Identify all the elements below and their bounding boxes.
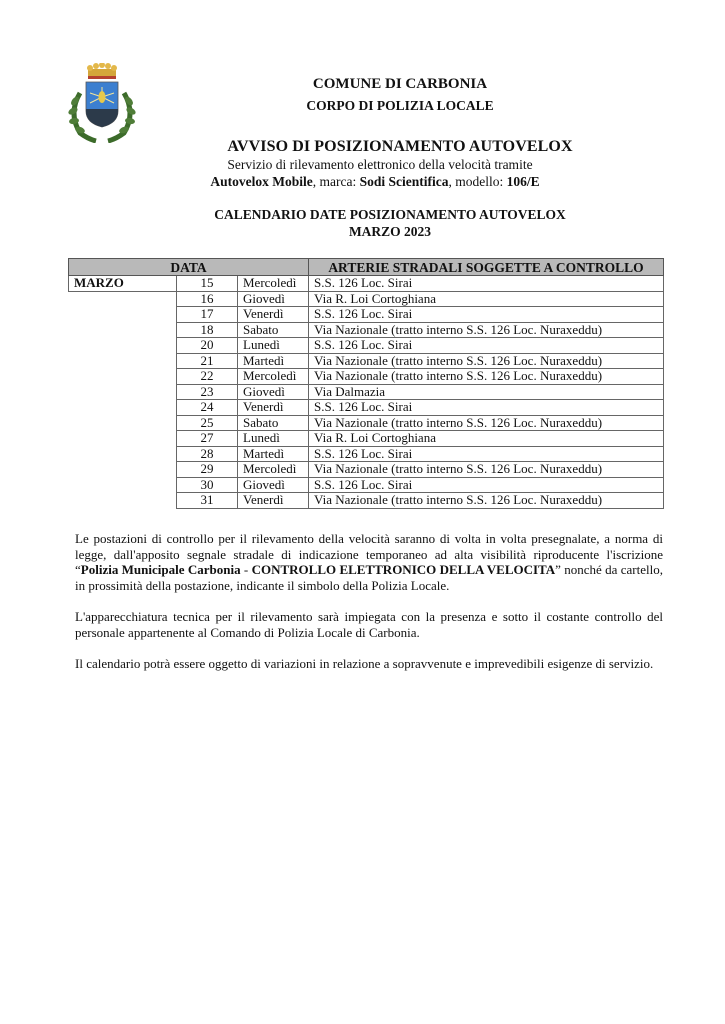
day-cell: 25 [177, 415, 238, 431]
paragraph-variations: Il calendario potrà essere oggetto di va… [75, 656, 663, 672]
road-cell: S.S. 126 Loc. Sirai [309, 338, 664, 354]
weekday-cell: Giovedì [238, 291, 309, 307]
weekday-cell: Sabato [238, 415, 309, 431]
month-cell: MARZO [69, 276, 177, 292]
empty-cell [69, 400, 177, 416]
weekday-cell: Lunedì [238, 431, 309, 447]
calendar-period: MARZO 2023 [180, 224, 600, 240]
empty-cell [69, 493, 177, 509]
day-cell: 30 [177, 477, 238, 493]
column-header-roads: ARTERIE STRADALI SOGGETTE A CONTROLLO [309, 259, 664, 276]
road-cell: Via Nazionale (tratto interno S.S. 126 L… [309, 462, 664, 478]
road-cell: Via Nazionale (tratto interno S.S. 126 L… [309, 369, 664, 385]
table-row: 20LunedìS.S. 126 Loc. Sirai [69, 338, 664, 354]
table-row: 28MartedìS.S. 126 Loc. Sirai [69, 446, 664, 462]
empty-cell [69, 322, 177, 338]
empty-cell [69, 369, 177, 385]
department-name: CORPO DI POLIZIA LOCALE [200, 98, 600, 114]
road-cell: Via Nazionale (tratto interno S.S. 126 L… [309, 415, 664, 431]
weekday-cell: Giovedì [238, 384, 309, 400]
weekday-cell: Mercoledì [238, 369, 309, 385]
weekday-cell: Lunedì [238, 338, 309, 354]
empty-cell [69, 477, 177, 493]
weekday-cell: Mercoledì [238, 462, 309, 478]
day-cell: 20 [177, 338, 238, 354]
calendar-title: CALENDARIO DATE POSIZIONAMENTO AUTOVELOX [180, 207, 600, 223]
empty-cell [69, 431, 177, 447]
day-cell: 17 [177, 307, 238, 323]
table-row: 17VenerdìS.S. 126 Loc. Sirai [69, 307, 664, 323]
road-cell: Via Nazionale (tratto interno S.S. 126 L… [309, 353, 664, 369]
road-cell: S.S. 126 Loc. Sirai [309, 477, 664, 493]
day-cell: 15 [177, 276, 238, 292]
device-description: Autovelox Mobile, marca: Sodi Scientific… [160, 174, 590, 190]
day-cell: 29 [177, 462, 238, 478]
table-row: 23GiovedìVia Dalmazia [69, 384, 664, 400]
day-cell: 31 [177, 493, 238, 509]
table-row: 16GiovedìVia R. Loi Cortoghiana [69, 291, 664, 307]
weekday-cell: Martedì [238, 353, 309, 369]
device-label: Autovelox Mobile [210, 174, 312, 189]
notice-title: AVVISO DI POSIZIONAMENTO AUTOVELOX [190, 138, 610, 156]
municipality-name: COMUNE DI CARBONIA [200, 76, 600, 93]
table-row: 31VenerdìVia Nazionale (tratto interno S… [69, 493, 664, 509]
empty-cell [69, 307, 177, 323]
road-cell: Via Nazionale (tratto interno S.S. 126 L… [309, 493, 664, 509]
day-cell: 27 [177, 431, 238, 447]
road-cell: Via R. Loi Cortoghiana [309, 291, 664, 307]
weekday-cell: Venerdì [238, 493, 309, 509]
table-row: 27LunedìVia R. Loi Cortoghiana [69, 431, 664, 447]
table-row: MARZO15MercoledìS.S. 126 Loc. Sirai [69, 276, 664, 292]
road-cell: Via Nazionale (tratto interno S.S. 126 L… [309, 322, 664, 338]
empty-cell [69, 338, 177, 354]
weekday-cell: Martedì [238, 446, 309, 462]
empty-cell [69, 462, 177, 478]
empty-cell [69, 384, 177, 400]
day-cell: 24 [177, 400, 238, 416]
device-model: 106/E [507, 174, 540, 189]
paragraph-equipment: L'apparecchiatura tecnica per il rilevam… [75, 609, 663, 640]
table-row: 21MartedìVia Nazionale (tratto interno S… [69, 353, 664, 369]
day-cell: 23 [177, 384, 238, 400]
table-row: 24VenerdìS.S. 126 Loc. Sirai [69, 400, 664, 416]
empty-cell [69, 415, 177, 431]
column-header-date: DATA [69, 259, 309, 276]
road-cell: Via R. Loi Cortoghiana [309, 431, 664, 447]
schedule-table: DATA ARTERIE STRADALI SOGGETTE A CONTROL… [68, 258, 664, 509]
table-row: 22MercoledìVia Nazionale (tratto interno… [69, 369, 664, 385]
road-cell: S.S. 126 Loc. Sirai [309, 400, 664, 416]
empty-cell [69, 291, 177, 307]
empty-cell [69, 446, 177, 462]
road-cell: Via Dalmazia [309, 384, 664, 400]
weekday-cell: Venerdì [238, 400, 309, 416]
schedule-header-row: DATA ARTERIE STRADALI SOGGETTE A CONTROL… [69, 259, 664, 276]
day-cell: 22 [177, 369, 238, 385]
weekday-cell: Giovedì [238, 477, 309, 493]
road-cell: S.S. 126 Loc. Sirai [309, 307, 664, 323]
day-cell: 21 [177, 353, 238, 369]
paragraph-signage: Le postazioni di controllo per il rileva… [75, 531, 663, 593]
road-cell: S.S. 126 Loc. Sirai [309, 446, 664, 462]
table-row: 25SabatoVia Nazionale (tratto interno S.… [69, 415, 664, 431]
day-cell: 28 [177, 446, 238, 462]
notice-subtitle: Servizio di rilevamento elettronico dell… [190, 157, 570, 173]
table-row: 30GiovedìS.S. 126 Loc. Sirai [69, 477, 664, 493]
day-cell: 18 [177, 322, 238, 338]
municipal-crest-icon [66, 63, 138, 143]
table-row: 18SabatoVia Nazionale (tratto interno S.… [69, 322, 664, 338]
road-cell: S.S. 126 Loc. Sirai [309, 276, 664, 292]
weekday-cell: Venerdì [238, 307, 309, 323]
weekday-cell: Mercoledì [238, 276, 309, 292]
day-cell: 16 [177, 291, 238, 307]
device-brand: Sodi Scientifica [360, 174, 449, 189]
weekday-cell: Sabato [238, 322, 309, 338]
empty-cell [69, 353, 177, 369]
table-row: 29MercoledìVia Nazionale (tratto interno… [69, 462, 664, 478]
